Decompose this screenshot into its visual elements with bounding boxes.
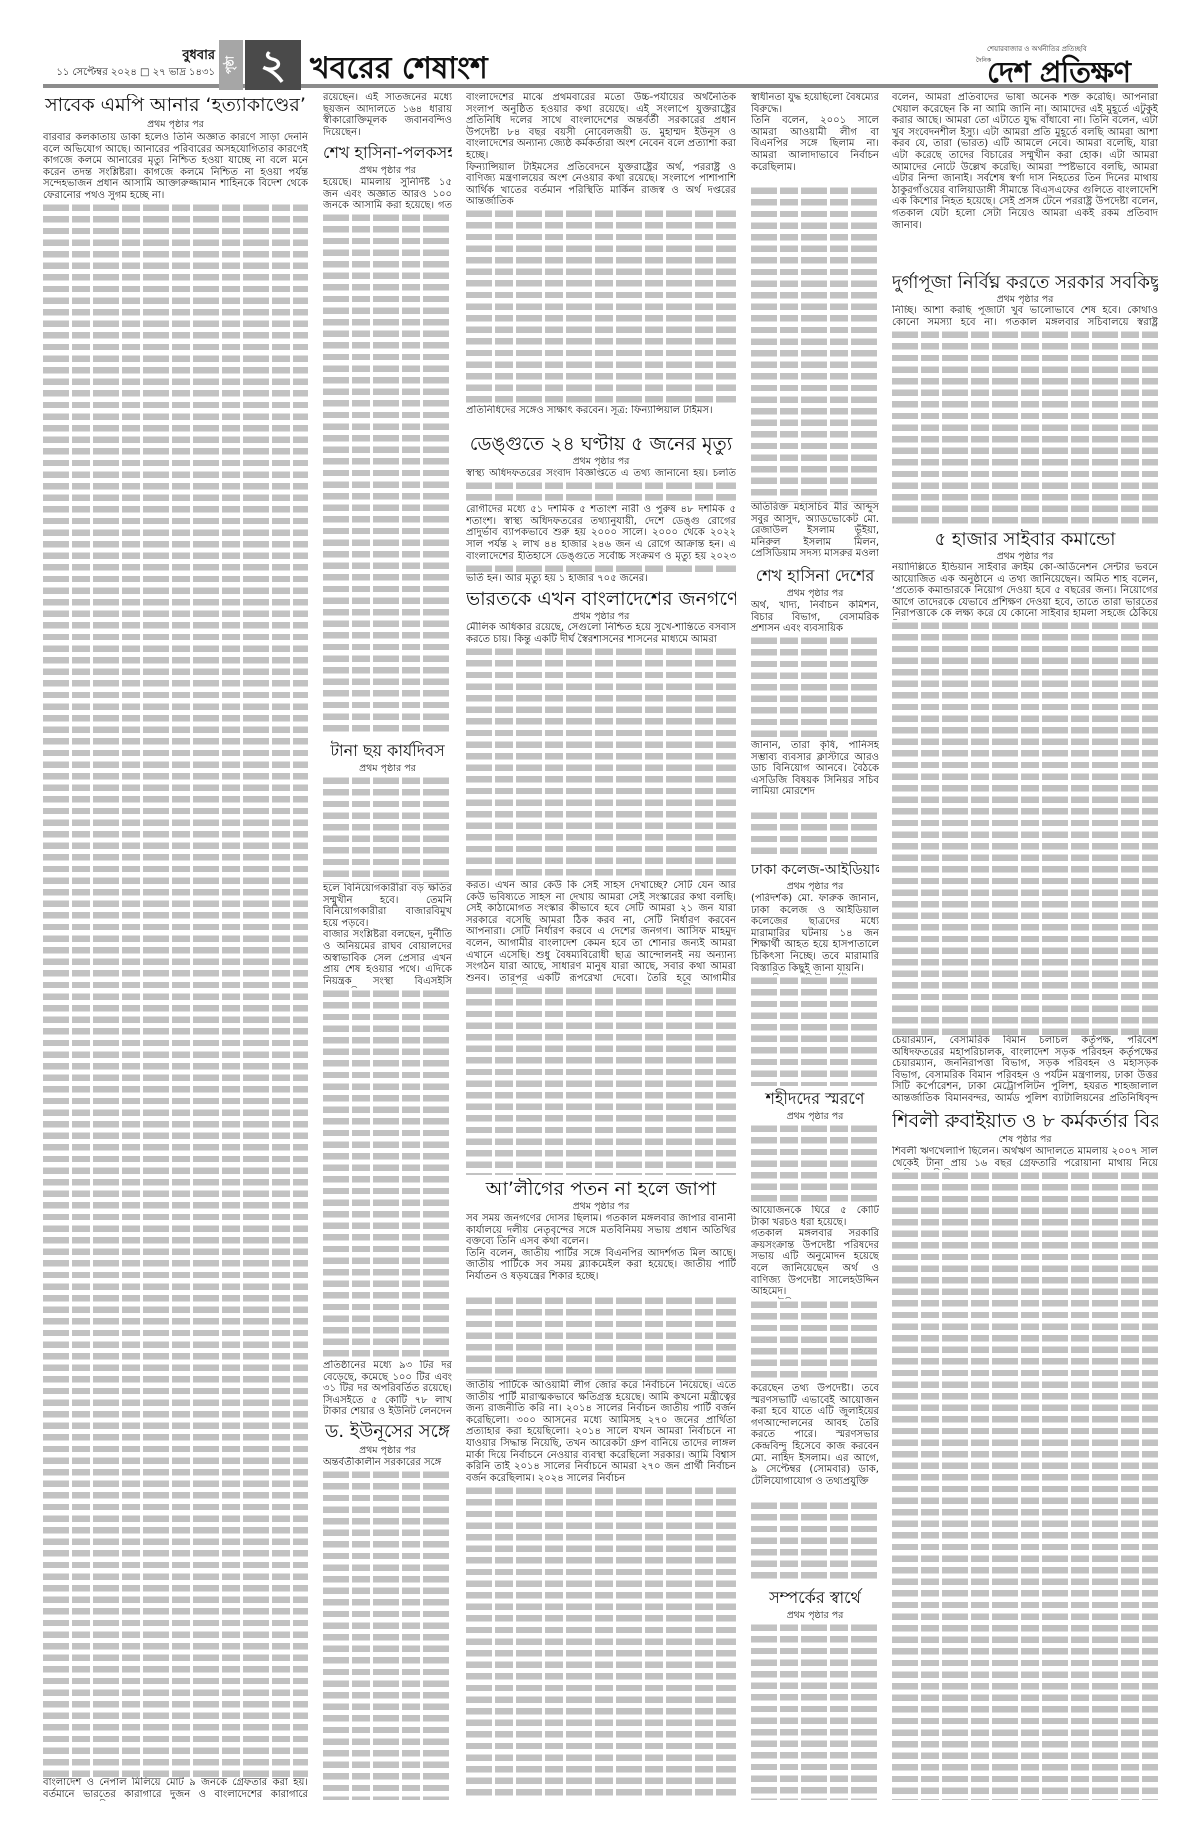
jump-kicker: প্রথম পৃষ্ঠার পর (466, 611, 736, 622)
paragraph: বারবার কলকাতায় ডাকা হলেও তিনি অজ্ঞাত কা… (43, 132, 308, 202)
article-body: বাংলাদেশের ইতিহাসে ডেঙ্গুতে সর্বোচ্চ সংক… (466, 551, 736, 563)
article-body: করেছেন তথ্য উপদেষ্টা। তবে স্মরণসভাটি এভা… (751, 1383, 879, 1500)
paragraph: বাংলাদেশের মাঝে প্রথমবারের মতো উচ্চ-পর্য… (466, 92, 736, 162)
headline: সম্পর্কের স্বার্থে (751, 1587, 879, 1609)
jump-kicker: প্রথম পৃষ্ঠার পর (892, 294, 1158, 305)
page-label: পৃষ্ঠা (222, 56, 241, 74)
text-continuation-block (751, 1299, 879, 1383)
article-body: স্বাধীনতা যুদ্ধ হয়েছিলো বৈষম্যের বিরুদ্… (751, 92, 879, 185)
paragraph: স্বাধীনতা যুদ্ধ হয়েছিলো বৈষম্যের বিরুদ্… (751, 92, 879, 115)
paragraph: জানান, তারা কৃষি, পানিসহ সম্ভাব্য ব্যবসা… (751, 740, 879, 798)
page-number: ২ (245, 40, 301, 90)
headline: শিবলী রুবাইয়াত ও ৮ কর্মকর্তার বিরুদ্ধে (892, 1110, 1158, 1132)
paragraph: বাংলাদেশের ইতিহাসে ডেঙ্গুতে সর্বোচ্চ সংক… (466, 551, 736, 563)
paragraph: নয়াদিল্লিতে ইন্ডিয়ান সাইবার ক্রাইম কো-… (892, 562, 1158, 620)
paragraph: গতকাল মঙ্গলবার সরকারি ক্রয়সংক্রান্ত উপদ… (751, 1228, 879, 1298)
article-body: আয়োজনকে ঘিরে ৫ কোটি টাকা খরচও ধরা হয়েছ… (751, 1205, 879, 1299)
article-anar-continuation: রয়েছেন। এই সাতজনের মধ্যে ছয়জন আদালতে ১… (323, 92, 452, 139)
paragraph: বাজার সংশ্লিষ্টরা বলছেন, দুর্নীতি ও অনিয… (323, 929, 452, 988)
article-body: হলে বিনিয়োগকারীরা বড় ক্ষতির সম্মুখীন হ… (323, 883, 452, 988)
jump-kicker: প্রথম পৃষ্ঠার পর (892, 551, 1158, 562)
text-continuation-block (892, 620, 1158, 1035)
article-somporko-continuation: বলেন, আমরা প্রতিবাদের ভাষা অনেক শক্ত করে… (892, 92, 1158, 268)
text-continuation-block (466, 480, 736, 504)
text-continuation-block (751, 810, 879, 858)
text-continuation-block (466, 208, 736, 405)
text-continuation-block (892, 1170, 1158, 1800)
article-body: বারবার কলকাতায় ডাকা হলেও তিনি অজ্ঞাত কা… (43, 132, 308, 202)
text-continuation-block (751, 1123, 879, 1205)
paragraph: রয়েছেন। এই সাতজনের মধ্যে ছয়জন আদালতে ১… (323, 92, 452, 138)
paragraph: স্বাস্থ্য অধিদফতরের সংবাদ বিজ্ঞপ্তিতে এ … (466, 468, 736, 480)
article-body-end: ভর্তি হন। আর মৃত্যু হয় ১ হাজার ৭০৫ জনের… (466, 573, 736, 585)
article-body: অন্তর্বর্তীকালীন সরকারের সঙ্গে (323, 1457, 452, 1469)
jump-kicker: শেষ পৃষ্ঠার পর (892, 1134, 1158, 1145)
paragraph: মৌলিক অধিকার রয়েছে, সেগুলো নিশ্চিত হয়ে… (466, 622, 736, 645)
text-continuation-block (323, 1469, 452, 1800)
jump-kicker: প্রথম পৃষ্ঠার পর (751, 881, 879, 892)
headline: দুর্গাপূজা নির্বিঘ্ন করতে সরকার সবকিছু (892, 272, 1158, 294)
article-body-end: বাংলাদেশ ও নেপাল মিলিয়ে মোট ৯ জনকে গ্রে… (43, 1777, 308, 1801)
article-body: স্বাস্থ্য অধিদফতরের সংবাদ বিজ্ঞপ্তিতে এ … (466, 468, 736, 480)
paragraph: করত। এখন আর কেউ কি সেই সাহস দেখাচ্ছে? সে… (466, 880, 736, 985)
paragraph: অতিরিক্ত মহাসচিব মীর আব্দুস সবুর আসুদ, অ… (751, 502, 879, 561)
paragraph: সব সময় জনগণের দোসর ছিলাম। গতকাল মঙ্গলবা… (466, 1213, 736, 1248)
paragraph: হয়েছে। মামলায় সুনির্দিষ্ট ১৫ জন এবং অজ… (323, 177, 452, 212)
headline: শহীদদের স্মরণে (751, 1088, 879, 1110)
airport-note: চেয়ারম্যান, বেসামরিক বিমান চলাচল কর্তৃপ… (892, 1035, 1158, 1105)
headline: ড. ইউনূসের সঙ্গে (323, 1421, 452, 1443)
paragraph: প্রতিষ্ঠানের মধ্যে ৯৩ টির দর বেড়েছে, কম… (323, 1360, 452, 1418)
text-continuation-block (323, 988, 452, 1360)
paragraph: অন্তর্বর্তীকালীন সরকারের সঙ্গে (323, 1457, 452, 1469)
jump-kicker: প্রথম পৃষ্ঠার পর (466, 1201, 736, 1212)
article-body: মৌলিক অধিকার রয়েছে, সেগুলো নিশ্চিত হয়ে… (466, 622, 736, 646)
paragraph: তিনি বলেন, জাতীয় পার্টির সঙ্গে বিএনপির … (466, 1248, 736, 1283)
jump-kicker: প্রথম পৃষ্ঠার পর (323, 763, 452, 774)
text-continuation-block (466, 646, 736, 880)
article-body-end: প্রতিনিধিদের সঙ্গেও সাক্ষাৎ করবেন। সূত্র… (466, 405, 736, 429)
paragraph: অর্থ, খাদ্য, নির্বাচন কমিশন, বিচার বিভাগ… (751, 600, 879, 635)
headline: ভারতকে এখন বাংলাদেশের জনগণের (466, 588, 736, 610)
issue-day: বুধবার (182, 46, 215, 67)
jump-kicker: প্রথম পৃষ্ঠার পর (751, 1111, 879, 1122)
article-body: রোগীদের মধ্যে ৫১ দশমিক ৫ শতাংশ নারী ও পু… (466, 504, 736, 551)
headline: ৫ হাজার সাইবার কমান্ডো (892, 529, 1158, 551)
article-body: (পরিদর্শক) মো. ফারুক জানান, ঢাকা কলেজ ও … (751, 893, 879, 975)
section-title: খবরের শেষাংশ (310, 44, 488, 95)
text-continuation-block (43, 202, 308, 1777)
article-body-end: প্রতিষ্ঠানের মধ্যে ৯৩ টির দর বেড়েছে, কম… (323, 1360, 452, 1418)
text-continuation-block (751, 185, 879, 502)
paragraph: প্রতিনিধিদের সঙ্গেও সাক্ষাৎ করবেন। সূত্র… (466, 405, 736, 417)
paragraph: বলেন, আমরা প্রতিবাদের ভাষা অনেক শক্ত করে… (892, 92, 1158, 231)
article-body: হয়েছে। মামলায় সুনির্দিষ্ট ১৫ জন এবং অজ… (323, 177, 452, 212)
jump-kicker: প্রথম পৃষ্ঠার পর (751, 1610, 879, 1621)
text-continuation-block (466, 985, 736, 1175)
article-body: জানান, তারা কৃষি, পানিসহ সম্ভাব্য ব্যবসা… (751, 740, 879, 810)
headline: ডেঙ্গুতে ২৪ ঘণ্টায় ৫ জনের মৃত্যু (466, 433, 736, 455)
article-body: নিচ্ছি। আশা করছি পূজাটা খুব ভালোভাবে শেষ… (892, 305, 1158, 329)
paragraph: বাংলাদেশ ও নেপাল মিলিয়ে মোট ৯ জনকে গ্রে… (43, 1777, 308, 1801)
paragraph: হলে বিনিয়োগকারীরা বড় ক্ষতির সম্মুখীন হ… (323, 883, 452, 929)
text-continuation-block (751, 635, 879, 740)
paragraph: ফিন্যান্সিয়াল টাইমসের প্রতিবেদনে যুক্তর… (466, 162, 736, 208)
headline: টানা ছয় কার্যদিবস (323, 740, 452, 762)
article-body: নয়াদিল্লিতে ইন্ডিয়ান সাইবার ক্রাইম কো-… (892, 562, 1158, 620)
text-continuation-block (751, 1622, 879, 1800)
text-continuation-block (323, 775, 452, 883)
headline: শেখ হাসিনা দেশের (751, 565, 879, 587)
paragraph: তিনি বলেন, ২০০১ সালে আমরা আওয়ামী লীগ বা… (751, 115, 879, 173)
jump-kicker: প্রথম পৃষ্ঠার পর (466, 456, 736, 467)
text-continuation-block (323, 212, 452, 736)
jump-kicker: প্রথম পৃষ্ঠার পর (323, 1445, 452, 1456)
text-continuation-block (466, 1295, 736, 1380)
text-continuation-block (892, 329, 1158, 526)
jump-kicker: প্রথম পৃষ্ঠার পর (323, 165, 452, 176)
issue-date: ১১ সেপ্টেম্বর ২০২৪ □ ২৭ ভাদ্র ১৪৩১ (56, 65, 215, 82)
headline: আ’লীগের পতন না হলে জাপা (466, 1178, 736, 1200)
newspaper-page: বুধবার ১১ সেপ্টেম্বর ২০২৪ □ ২৭ ভাদ্র ১৪৩… (0, 0, 1200, 1843)
paragraph: শিবলী ঋণখেলাপি ছিলেন। অর্থঋণ আদালতে মামল… (892, 1146, 1158, 1170)
article-body: জাতীয় পার্টিকে আওয়ামী লীগ জোর করে নির্… (466, 1380, 736, 1485)
page-label-box: পৃষ্ঠা (219, 40, 243, 90)
headline: সাবেক এমপি আনার ‘হত্যাকাণ্ডের’ (43, 94, 308, 116)
paragraph: নিচ্ছি। আশা করছি পূজাটা খুব ভালোভাবে শেষ… (892, 305, 1158, 329)
headline: শেখ হাসিনা-পলকসহ (323, 142, 452, 164)
text-continuation-block (751, 1500, 879, 1584)
text-continuation-block (751, 975, 879, 1086)
article-body: সব সময় জনগণের দোসর ছিলাম। গতকাল মঙ্গলবা… (466, 1213, 736, 1295)
paragraph: জাতীয় পার্টিকে আওয়ামী লীগ জোর করে নির্… (466, 1380, 736, 1484)
logo-prefix: দৈনিক (976, 58, 986, 64)
text-continuation-block (466, 563, 736, 573)
article-body: শিবলী ঋণখেলাপি ছিলেন। অর্থঋণ আদালতে মামল… (892, 1146, 1158, 1170)
jump-kicker: প্রথম পৃষ্ঠার পর (43, 119, 308, 130)
paragraph: (পরিদর্শক) মো. ফারুক জানান, ঢাকা কলেজ ও … (751, 893, 879, 974)
article-body: করত। এখন আর কেউ কি সেই সাহস দেখাচ্ছে? সে… (466, 880, 736, 985)
article-body: বাংলাদেশের মাঝে প্রথমবারের মতো উচ্চ-পর্য… (466, 92, 736, 208)
article-body-end: অতিরিক্ত মহাসচিব মীর আব্দুস সবুর আসুদ, অ… (751, 502, 879, 561)
paragraph: ভর্তি হন। আর মৃত্যু হয় ১ হাজার ৭০৫ জনের… (466, 573, 736, 585)
paragraph: রোগীদের মধ্যে ৫১ দশমিক ৫ শতাংশ নারী ও পু… (466, 504, 736, 551)
jump-kicker: প্রথম পৃষ্ঠার পর (751, 588, 879, 599)
headline: ঢাকা কলেজ-আইডিয়াল (751, 860, 879, 880)
article-body: অর্থ, খাদ্য, নির্বাচন কমিশন, বিচার বিভাগ… (751, 600, 879, 635)
paragraph: চেয়ারম্যান, বেসামরিক বিমান চলাচল কর্তৃপ… (892, 1035, 1158, 1105)
paragraph: আয়োজনকে ঘিরে ৫ কোটি টাকা খরচও ধরা হয়েছ… (751, 1205, 879, 1228)
text-continuation-block (466, 1485, 736, 1800)
paragraph: করেছেন তথ্য উপদেষ্টা। তবে স্মরণসভাটি এভা… (751, 1383, 879, 1487)
